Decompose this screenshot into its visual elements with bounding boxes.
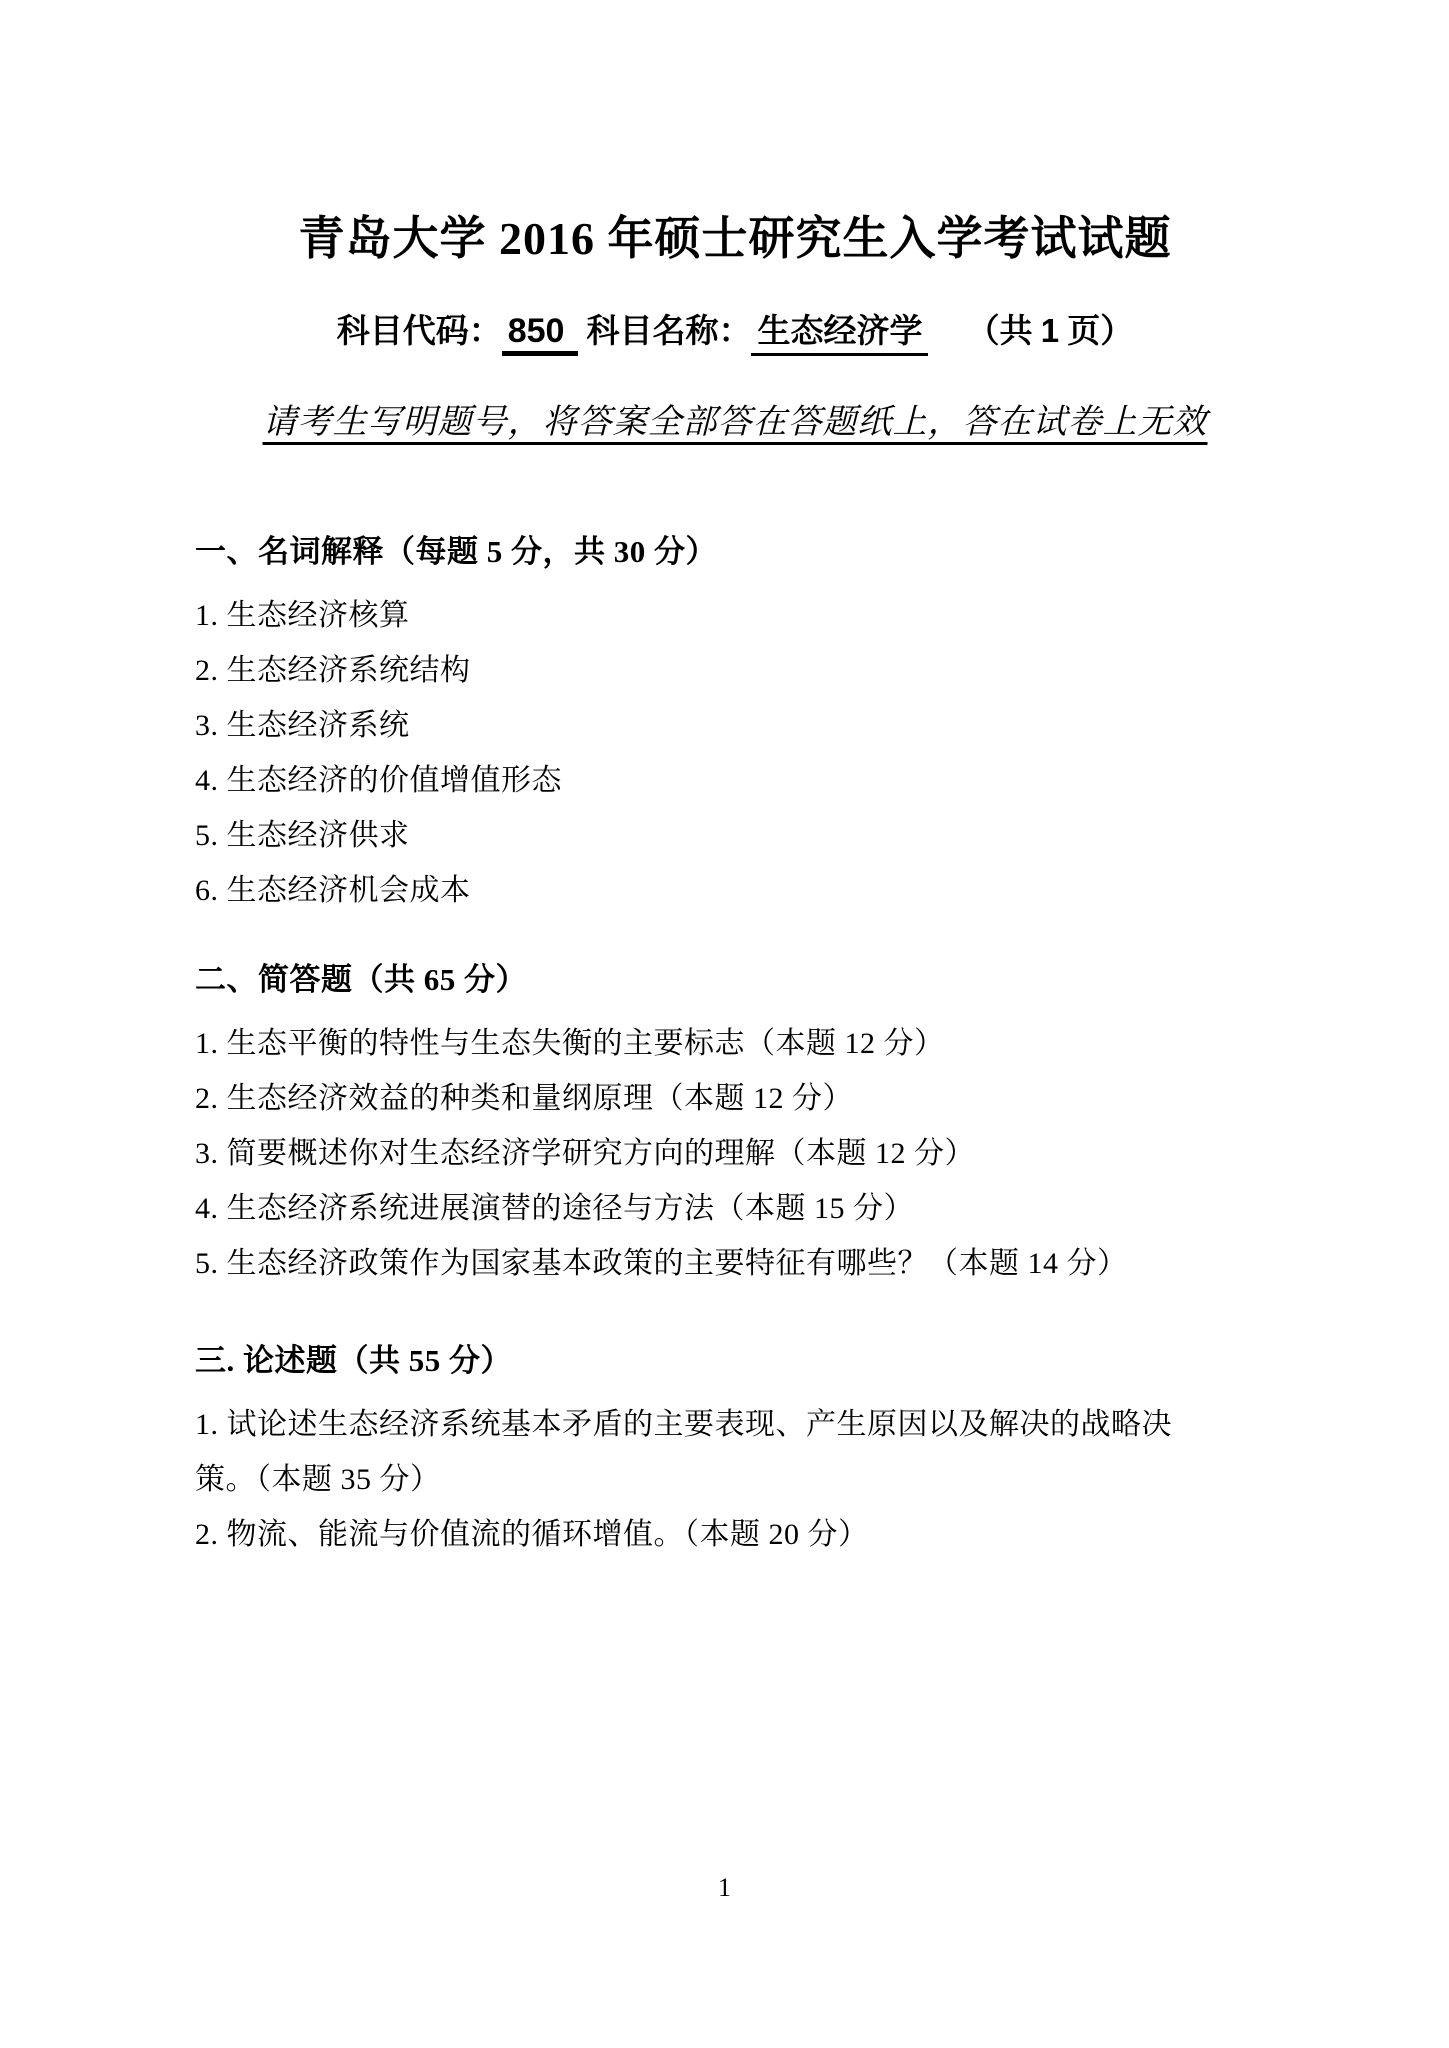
page-title: 青岛大学 2016 年硕士研究生入学考试试题 xyxy=(195,0,1275,266)
exam-paper-page: 青岛大学 2016 年硕士研究生入学考试试题 科目代码：850科目名称：生态经济… xyxy=(0,0,1449,2048)
subject-code-value: 850 xyxy=(502,312,579,356)
section-1-item-1: 1. 生态经济核算 xyxy=(195,588,1200,643)
section-short-answer: 二、简答题（共 65 分） 1. 生态平衡的特性与生态失衡的主要标志（本题 12… xyxy=(195,958,1275,1291)
section-1-heading: 一、名词解释（每题 5 分，共 30 分） xyxy=(195,530,1275,574)
section-3-item-1: 1. 试论述生态经济系统基本矛盾的主要表现、产生原因以及解决的战略决策。（本题 … xyxy=(195,1397,1200,1507)
section-3-heading: 三. 论述题（共 55 分） xyxy=(195,1339,1275,1383)
subject-code-label: 科目代码： xyxy=(337,314,502,350)
subject-pages-count: 1 xyxy=(1041,312,1059,349)
page-number: 1 xyxy=(0,1872,1449,1904)
section-1-item-6: 6. 生态经济机会成本 xyxy=(195,863,1200,918)
subject-pages-suffix: 页） xyxy=(1059,314,1133,350)
section-2-heading: 二、简答题（共 65 分） xyxy=(195,958,1275,1002)
section-essay: 三. 论述题（共 55 分） 1. 试论述生态经济系统基本矛盾的主要表现、产生原… xyxy=(195,1339,1275,1562)
subject-pages: （共 1 页） xyxy=(966,314,1133,350)
section-2-item-4: 4. 生态经济系统进展演替的途径与方法（本题 15 分） xyxy=(195,1181,1200,1236)
exam-paper-content: 青岛大学 2016 年硕士研究生入学考试试题 科目代码：850科目名称：生态经济… xyxy=(0,0,1449,1562)
subject-pages-prefix: （共 xyxy=(966,314,1040,350)
section-1-item-3: 3. 生态经济系统 xyxy=(195,698,1200,753)
section-1-item-2: 2. 生态经济系统结构 xyxy=(195,643,1200,698)
section-3-item-2: 2. 物流、能流与价值流的循环增值。（本题 20 分） xyxy=(195,1507,1200,1562)
subject-line: 科目代码：850科目名称：生态经济学（共 1 页） xyxy=(195,308,1275,355)
subject-name-label: 科目名称： xyxy=(586,314,751,350)
subject-name-value: 生态经济学 xyxy=(751,314,928,356)
section-2-item-1: 1. 生态平衡的特性与生态失衡的主要标志（本题 12 分） xyxy=(195,1016,1200,1071)
section-2-item-5: 5. 生态经济政策作为国家基本政策的主要特征有哪些？（本题 14 分） xyxy=(195,1236,1200,1291)
section-2-item-3: 3. 简要概述你对生态经济学研究方向的理解（本题 12 分） xyxy=(195,1126,1200,1181)
exam-notice: 请考生写明题号，将答案全部答在答题纸上，答在试卷上无效 xyxy=(195,401,1275,445)
section-2-item-2: 2. 生态经济效益的种类和量纲原理（本题 12 分） xyxy=(195,1071,1200,1126)
section-1-item-5: 5. 生态经济供求 xyxy=(195,808,1200,863)
section-1-item-4: 4. 生态经济的价值增值形态 xyxy=(195,753,1200,808)
section-term-definitions: 一、名词解释（每题 5 分，共 30 分） 1. 生态经济核算 2. 生态经济系… xyxy=(195,530,1275,918)
